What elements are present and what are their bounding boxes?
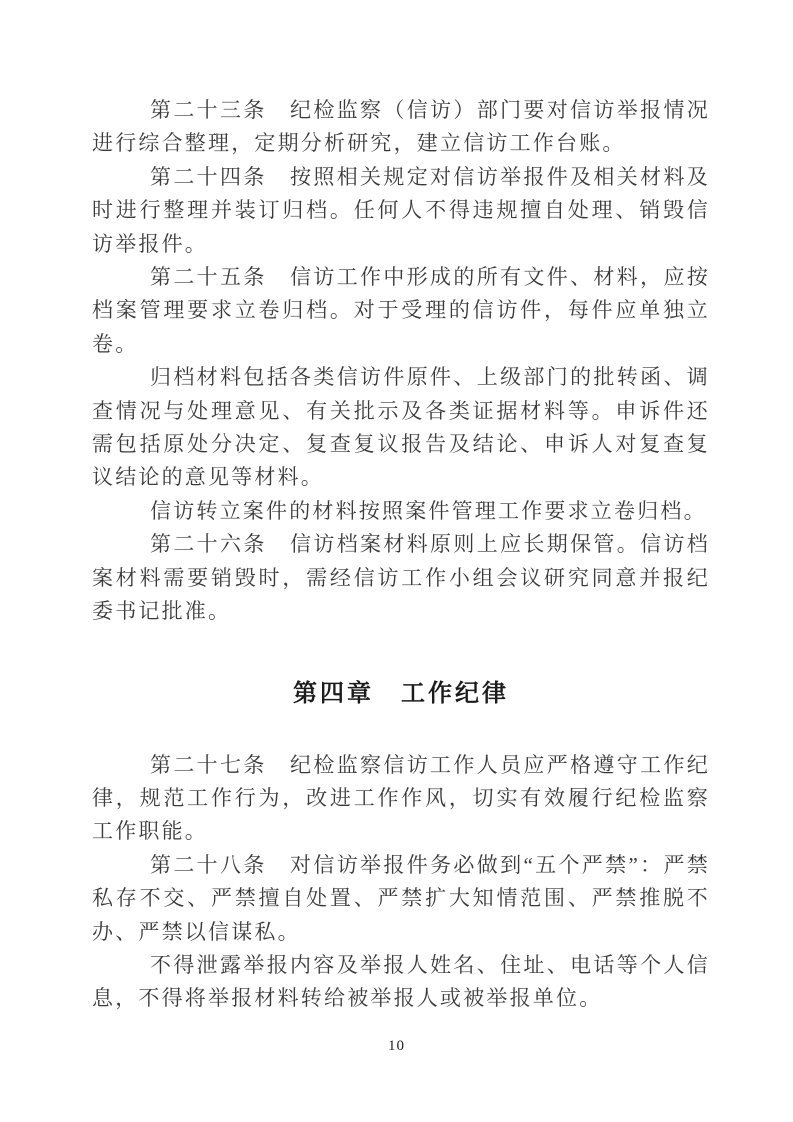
page-number: 10: [0, 1038, 793, 1055]
paragraph-archive-materials: 归档材料包括各类信访件原件、上级部门的批转函、调查情况与处理意见、有关批示及各类…: [92, 361, 710, 495]
document-page: 第二十三条 纪检监察（信访）部门要对信访举报情况进行综合整理，定期分析研究，建立…: [0, 0, 793, 1122]
document-content: 第二十三条 纪检监察（信访）部门要对信访举报情况进行综合整理，定期分析研究，建立…: [92, 94, 710, 1016]
paragraph-article-27: 第二十七条 纪检监察信访工作人员应严格遵守工作纪律，规范工作行为，改进工作作风，…: [92, 749, 710, 849]
paragraph-article-26: 第二十六条 信访档案材料原则上应长期保管。信访档案材料需要销毁时，需经信访工作小…: [92, 528, 710, 628]
chapter-heading: 第四章 工作纪律: [92, 673, 710, 708]
paragraph-article-24: 第二十四条 按照相关规定对信访举报件及相关材料及时进行整理并装订归档。任何人不得…: [92, 161, 710, 261]
paragraph-no-disclosure: 不得泄露举报内容及举报人姓名、住址、电话等个人信息，不得将举报材料转给被举报人或…: [92, 949, 710, 1016]
paragraph-article-23: 第二十三条 纪检监察（信访）部门要对信访举报情况进行综合整理，定期分析研究，建立…: [92, 94, 710, 161]
paragraph-article-28: 第二十八条 对信访举报件务必做到“五个严禁”：严禁私存不交、严禁擅自处置、严禁扩…: [92, 849, 710, 949]
paragraph-article-25: 第二十五条 信访工作中形成的所有文件、材料，应按档案管理要求立卷归档。对于受理的…: [92, 261, 710, 361]
paragraph-case-transfer: 信访转立案件的材料按照案件管理工作要求立卷归档。: [92, 495, 710, 528]
